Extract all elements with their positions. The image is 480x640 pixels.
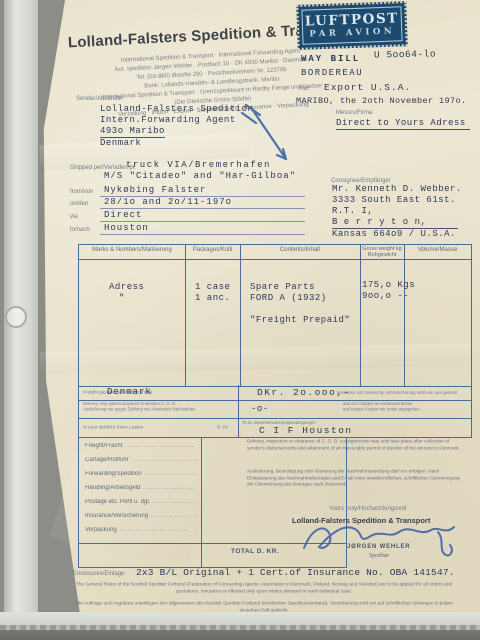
- shipped-per-value: truck VIA/Bremerhafen: [126, 160, 271, 170]
- charges-note: and our charges as mentioned below und u…: [343, 402, 420, 413]
- contents-value3: "Freight Prepaid": [250, 315, 350, 325]
- packages-value2: 1 anc.: [195, 293, 230, 303]
- table-line: [238, 385, 239, 437]
- signer-title: Speditør: [369, 553, 389, 559]
- charge-item: Forwarding/Spedition: [85, 471, 197, 477]
- delivery-terms-value: C I F Houston: [259, 425, 353, 436]
- via-label: via: [70, 214, 78, 221]
- from-value: Nykøbing Falster: [104, 185, 206, 195]
- date-value: 28/1o and 2o/11-197o: [104, 197, 232, 207]
- freight-payable-value: Denmark: [107, 387, 152, 397]
- marks-ditto: ": [119, 293, 125, 303]
- waybill-number: U 5oo64-lo: [374, 48, 436, 60]
- sender-line4: Denmark: [100, 138, 141, 148]
- packages-value1: 1 case: [195, 282, 230, 292]
- binder-hole: [5, 306, 27, 328]
- weight-value1: 175,o Kgs: [362, 280, 415, 290]
- debit-currency: D. Kr.: [217, 425, 229, 431]
- sender-line3: 493o Maribo: [100, 126, 165, 138]
- legal-german: Auslieferung, Besichtigung oder Klarieru…: [247, 468, 461, 488]
- direct-note: Direct to Yours Adress: [336, 118, 470, 130]
- charge-item: Handling/Arbeitsgeld: [85, 485, 197, 491]
- debit-label: In your debit/zu Ihren Lasten: [83, 425, 143, 431]
- cargo-table: Marks & Numbers/Markierung Packages/Koll…: [78, 244, 472, 387]
- ref-label: Ref:: [299, 86, 310, 93]
- form-line: [100, 221, 305, 222]
- ref-value: Export U.S.A.: [324, 82, 411, 93]
- conditions-section: Freight payable at/Fracht zahlbar Denmar…: [78, 385, 472, 438]
- form-line: [100, 234, 305, 235]
- consignee-line5: Kansas 664o9 / U.S.A.: [332, 229, 456, 239]
- charge-item: Insurance/Versicherung: [85, 513, 197, 519]
- col-header-weight: Gross weight kg Rohgewicht: [360, 246, 404, 258]
- table-line: [79, 418, 471, 419]
- footer-english: The General Rules of the Nordisk Speditø…: [72, 581, 456, 594]
- table-line: [79, 259, 471, 260]
- charge-item: Verpackung: [85, 527, 197, 533]
- waybill-subtitle: BORDEREAU: [301, 68, 363, 78]
- contents-value2: FORD A (1932): [250, 293, 327, 303]
- cod-label: Delivery only against payment of senders…: [83, 402, 196, 413]
- table-line: [79, 400, 471, 401]
- to-label: to/nach: [70, 227, 90, 234]
- enclosures-label: Enclosures/Einlage:: [73, 571, 126, 578]
- charge-item: Postage etc. Porti u. dgl.: [85, 499, 197, 505]
- table-line: [360, 245, 361, 386]
- table-line: [404, 245, 405, 386]
- waybill-title: WAY BILL: [301, 54, 360, 64]
- table-line: [240, 245, 241, 386]
- sender-line2: Intern.Forwarding Agent: [100, 115, 236, 125]
- enclosures-value: 2x3 B/L Original + 1 Cert.of Insurance N…: [136, 567, 455, 578]
- table-line: [185, 245, 186, 386]
- from-label: from/von: [70, 189, 93, 196]
- col-header-contents: Contents/Inhalt: [240, 247, 360, 254]
- weight-value2: 9oo,o --: [362, 291, 409, 301]
- par-avion-text: PAR AVION: [309, 27, 395, 38]
- cod-value: -o-: [251, 404, 269, 414]
- messrs-label: Messrs/Firma: [336, 110, 372, 117]
- sender-label: Sender/Absender: [76, 96, 123, 103]
- consignee-line3: R.T. I,: [332, 206, 373, 216]
- luftpost-stamp: LUFTPOST PAR AVION: [296, 1, 408, 50]
- place-date: MARIBO, the 2oth November 197o.: [296, 96, 467, 106]
- luftpost-stamp-frame: LUFTPOST PAR AVION: [301, 6, 402, 44]
- col-header-volume: Volume/Masse: [404, 247, 471, 254]
- consignee-line1: Mr. Kenneth D. Webber.: [332, 184, 462, 194]
- signer-name: JØRGEN WEHLER: [347, 544, 410, 550]
- legal-english: Delivery, inspection or clearance of C. …: [247, 438, 461, 451]
- insurance-label: Insurance not covered by us/Versicherung…: [337, 391, 457, 396]
- to-value: Houston: [104, 223, 149, 233]
- charge-item: Freight/Fracht: [85, 443, 197, 449]
- total-label: TOTAL D. KR.: [231, 549, 279, 556]
- consignee-line2: 3333 South East 61st.: [332, 195, 456, 205]
- via-value: Direct: [104, 210, 142, 220]
- col-header-packages: Packages/Kolli: [185, 247, 240, 254]
- sleeve-bottom-edge: [0, 612, 480, 625]
- form-line: [100, 208, 305, 209]
- vessel-value: M/S "Citadeo" and "Har-Gilboa": [104, 171, 296, 181]
- marks-value: Adress: [109, 282, 144, 292]
- form-line: [100, 196, 305, 197]
- sender-line1: Lolland-Falsters Spedition: [100, 104, 253, 114]
- table-line: [201, 437, 202, 567]
- charge-item: Cartage/Rollfuhr: [85, 457, 197, 463]
- consignee-line4: B e r r y t o n,: [332, 217, 458, 229]
- col-header-marks: Marks & Numbers/Markierung: [79, 247, 185, 254]
- background-floor: [0, 630, 480, 640]
- photo-background: Lolland-Falsters Spedition & Transport I…: [0, 0, 480, 640]
- on-label: on/den: [70, 201, 88, 208]
- contents-value1: Spare Parts: [250, 282, 315, 292]
